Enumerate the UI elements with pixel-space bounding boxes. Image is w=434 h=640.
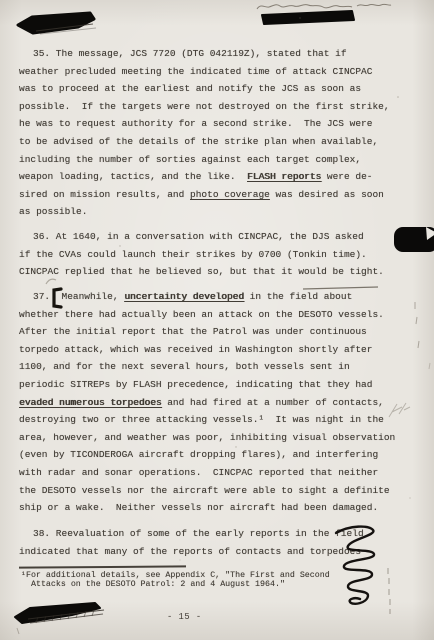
bottom-left-stamp-redaction bbox=[15, 603, 100, 623]
text-line: 37. Meanwhile, uncertainty developed in … bbox=[19, 288, 424, 306]
text-segment: the DESOTO vessels nor the aircraft were… bbox=[19, 485, 390, 496]
text-line: with radar and sonar operations. CINCPAC… bbox=[19, 464, 424, 482]
text-segment: whether there had actually been an attac… bbox=[19, 309, 384, 320]
paragraph-37: 37. Meanwhile, uncertainty developed in … bbox=[19, 288, 424, 517]
text-segment: 35. The message, JCS 7720 (DTG 042119Z),… bbox=[33, 48, 347, 59]
text-segment: to be advised of the details of the stri… bbox=[19, 136, 378, 147]
text-line: including the number of sorties against … bbox=[19, 151, 424, 169]
top-left-redaction-underline bbox=[36, 24, 93, 31]
footnote-line: Attacks on the DESOTO Patrol: 2 and 4 Au… bbox=[21, 580, 411, 589]
text-segment: sired on mission results, and bbox=[19, 189, 190, 200]
text-segment: (even by TICONDEROGA aircraft dropping f… bbox=[19, 449, 378, 460]
text-line: if the CVAs could launch their strikes b… bbox=[19, 246, 424, 264]
text-segment: and had fired at a number of contacts, bbox=[162, 397, 384, 408]
stamp-underline-2 bbox=[30, 614, 103, 623]
text-line: destroying two or three attacking vessel… bbox=[19, 411, 424, 429]
text-segment: torpedo attack, which was received in Wa… bbox=[19, 344, 372, 355]
text-segment: indicated that many of the reports of co… bbox=[19, 546, 361, 557]
text-line: After the initial report that the Patrol… bbox=[19, 323, 424, 341]
text-line: was to proceed at the earliest and notif… bbox=[19, 80, 424, 98]
margin-tick-faint bbox=[429, 363, 430, 369]
stray-pencil-mark bbox=[17, 628, 19, 634]
text-segment: destroying two or three attacking vessel… bbox=[19, 414, 384, 425]
top-right-handwriting bbox=[257, 4, 391, 9]
text-line: periodic SITREPs by FLASH precedence, in… bbox=[19, 376, 424, 394]
text-line: as possible. bbox=[19, 203, 424, 221]
text-line: torpedo attack, which was received in Wa… bbox=[19, 341, 424, 359]
text-segment: weapon loading, tactics, and the like. bbox=[19, 171, 247, 182]
underlined-text: evaded numerous torpedoes bbox=[19, 397, 162, 408]
text-segment: with radar and sonar operations. CINCPAC… bbox=[19, 467, 378, 478]
text-segment: if the CVAs could launch their strikes b… bbox=[19, 249, 367, 260]
footnote-line: ¹For additional details, see Appendix C,… bbox=[21, 571, 411, 580]
text-line: CINCPAC replied that he believed so, but… bbox=[19, 263, 424, 281]
text-segment: periodic SITREPs by FLASH precedence, in… bbox=[19, 379, 372, 390]
text-line: to be advised of the details of the stri… bbox=[19, 133, 424, 151]
text-line: whether there had actually been an attac… bbox=[19, 306, 424, 324]
paragraph-36: 36. At 1640, in a conversation with CINC… bbox=[19, 228, 424, 281]
text-line: weather precluded meeting the indicated … bbox=[19, 63, 424, 81]
text-line: (even by TICONDEROGA aircraft dropping f… bbox=[19, 446, 424, 464]
text-line: the DESOTO vessels nor the aircraft were… bbox=[19, 482, 424, 500]
text-segment: weather precluded meeting the indicated … bbox=[19, 66, 372, 77]
scanned-document-page: 35. The message, JCS 7720 (DTG 042119Z),… bbox=[0, 0, 434, 640]
text-segment: including the number of sorties against … bbox=[19, 154, 361, 165]
text-segment: was desired as soon bbox=[270, 189, 384, 200]
text-segment: After the initial report that the Patrol… bbox=[19, 326, 367, 337]
text-line: indicated that many of the reports of co… bbox=[19, 543, 424, 561]
text-line: 36. At 1640, in a conversation with CINC… bbox=[19, 228, 424, 246]
text-segment: CINCPAC replied that he believed so, but… bbox=[19, 266, 384, 277]
paragraph-35: 35. The message, JCS 7720 (DTG 042119Z),… bbox=[19, 45, 424, 221]
text-line: weapon loading, tactics, and the like. F… bbox=[19, 168, 424, 186]
text-line: 38. Reevaluation of some of the early re… bbox=[19, 525, 424, 543]
text-segment: as possible. bbox=[19, 206, 87, 217]
text-segment: 36. At 1640, in a conversation with CINC… bbox=[33, 231, 364, 242]
text-line: possible. If the targets were not destro… bbox=[19, 98, 424, 116]
text-line: 1100, and for the next several hours, bo… bbox=[19, 358, 424, 376]
text-segment: 38. Reevaluation of some of the early re… bbox=[33, 528, 364, 539]
footnote-rule bbox=[19, 565, 186, 568]
stamp-hatch bbox=[36, 610, 94, 623]
page-number: - 15 - bbox=[167, 612, 202, 622]
text-segment: were de- bbox=[321, 171, 372, 182]
text-segment: 1100, and for the next several hours, bo… bbox=[19, 361, 350, 372]
underlined-text: FLASH reports bbox=[247, 171, 321, 182]
top-right-redaction-bar bbox=[262, 11, 354, 24]
text-line: he was to request authority for a second… bbox=[19, 115, 424, 133]
text-line: sired on mission results, and photo cove… bbox=[19, 186, 424, 204]
text-line: ship or a wake. Neither vessels nor airc… bbox=[19, 499, 424, 517]
top-left-redaction-underline-2 bbox=[40, 28, 96, 34]
text-segment: 37. Meanwhile, bbox=[33, 291, 124, 302]
text-line: 35. The message, JCS 7720 (DTG 042119Z),… bbox=[19, 45, 424, 63]
text-segment: in the field about bbox=[244, 291, 352, 302]
footnote: ¹For additional details, see Appendix C,… bbox=[21, 571, 411, 590]
paragraph-38: 38. Reevaluation of some of the early re… bbox=[19, 525, 424, 560]
underlined-text: uncertainty developed bbox=[124, 291, 244, 302]
underlined-text: photo coverage bbox=[190, 189, 270, 200]
top-left-redaction bbox=[18, 13, 94, 33]
text-line: evaded numerous torpedoes and had fired … bbox=[19, 394, 424, 412]
right-margin-redaction-notch bbox=[426, 227, 434, 240]
text-segment: area, however, and weather was poor, inh… bbox=[19, 432, 395, 443]
text-segment: possible. If the targets were not destro… bbox=[19, 101, 390, 112]
text-line: area, however, and weather was poor, inh… bbox=[19, 429, 424, 447]
text-segment: he was to request authority for a second… bbox=[19, 118, 372, 129]
stamp-underline-1 bbox=[28, 610, 104, 619]
text-segment: was to proceed at the earliest and notif… bbox=[19, 83, 361, 94]
text-segment: ship or a wake. Neither vessels nor airc… bbox=[19, 502, 378, 513]
